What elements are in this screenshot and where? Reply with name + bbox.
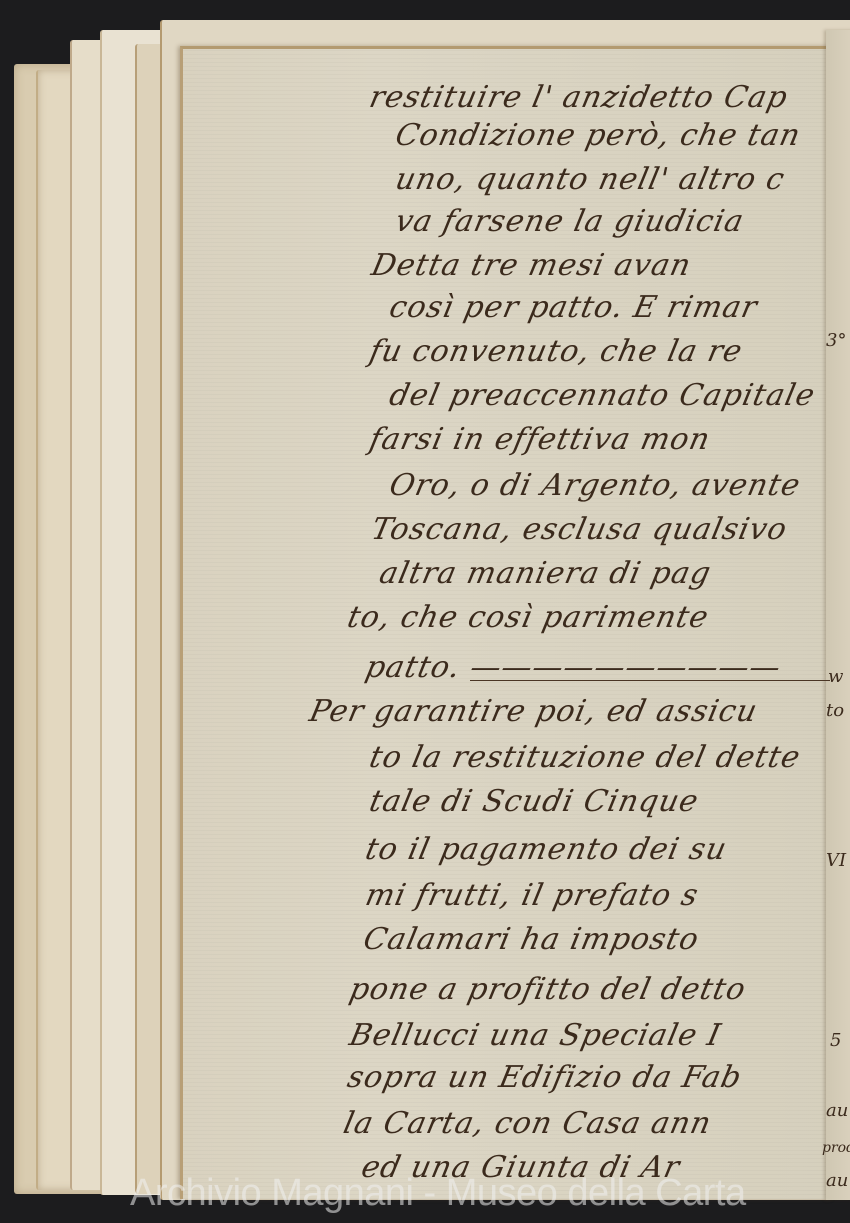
- margin-note: 5: [830, 1030, 841, 1051]
- margin-note: VI: [826, 850, 846, 871]
- text-line: del preaccennato Capitale: [386, 378, 818, 413]
- text-line: tale di Scudi Cinque: [366, 784, 702, 819]
- text-line: fu convenuto, che la re: [366, 334, 746, 369]
- text-line: restituire l' anzidetto Cap: [366, 80, 791, 115]
- text-line: uno, quanto nell' altro c: [392, 162, 788, 197]
- text-line: Bellucci una Speciale I: [346, 1018, 724, 1053]
- text-line: Per garantire poi, ed assicu: [306, 694, 761, 729]
- text-line: to il pagamento dei su: [362, 832, 730, 867]
- text-line: va farsene la giudicia: [392, 204, 747, 239]
- text-line: altra maniera di pag: [376, 556, 714, 591]
- text-line: Condizione però, che tan: [392, 118, 804, 153]
- margin-note: prodo: [822, 1140, 850, 1156]
- text-line: così per patto. E rimar: [386, 290, 761, 325]
- text-line: mi frutti, il prefato s: [362, 878, 702, 913]
- archive-watermark: Archivio Magnani - Museo della Carta: [130, 1172, 746, 1215]
- margin-note: au: [826, 1170, 848, 1191]
- margin-note: w: [828, 666, 843, 687]
- scanned-manuscript: restituire l' anzidetto Cap Condizione p…: [0, 0, 850, 1223]
- text-line: Calamari ha imposto: [360, 922, 702, 957]
- text-line: la Carta, con Casa ann: [340, 1106, 715, 1141]
- text-line: Oro, o di Argento, avente: [386, 468, 804, 503]
- text-line: pone a profitto del detto: [346, 972, 749, 1007]
- ink-rule: [470, 680, 830, 681]
- text-line: Toscana, esclusa qualsivo: [368, 512, 790, 547]
- margin-note: to: [826, 700, 844, 721]
- margin-note: au: [826, 1100, 848, 1121]
- text-line: farsi in effettiva mon: [366, 422, 713, 457]
- text-line: Detta tre mesi avan: [368, 248, 694, 283]
- text-line: to, che così parimente: [344, 600, 712, 635]
- text-line: sopra un Edifizio da Fab: [344, 1060, 745, 1095]
- margin-note: 3°: [826, 330, 846, 351]
- text-line: to la restituzione del dette: [366, 740, 804, 775]
- adjacent-page-edge: [826, 30, 850, 1200]
